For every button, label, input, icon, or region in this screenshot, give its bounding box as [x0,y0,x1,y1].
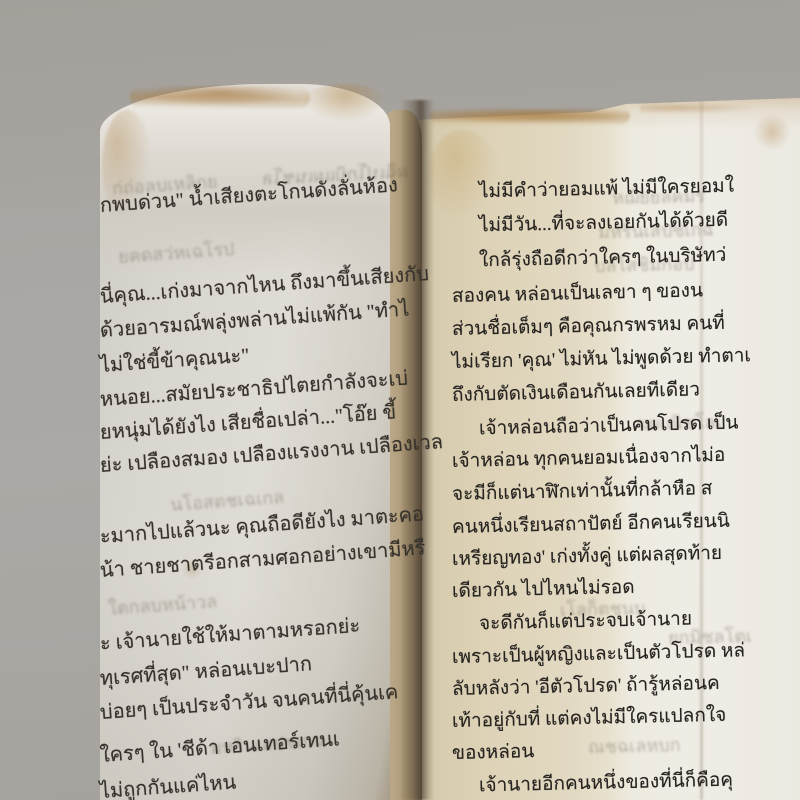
photo-of-open-book: ก่ถ่อลบเหลิกย ผฉิเปโกบิแผเนชโล ยคดสว่หเฉ… [0,0,800,800]
stain [428,130,498,220]
text-line: ของหล่อน [452,742,535,763]
stain [130,86,310,108]
stain [640,102,760,114]
text-line: จะดีกันก็แต่ประจบเจ้านาย [452,610,692,634]
stain [300,84,390,124]
stain [752,112,792,152]
stain [430,108,630,124]
text-line: เดียวกัน ไปไหนไม่รอด [452,578,635,601]
ghost-text: ณชฉเลหบก [588,736,681,756]
